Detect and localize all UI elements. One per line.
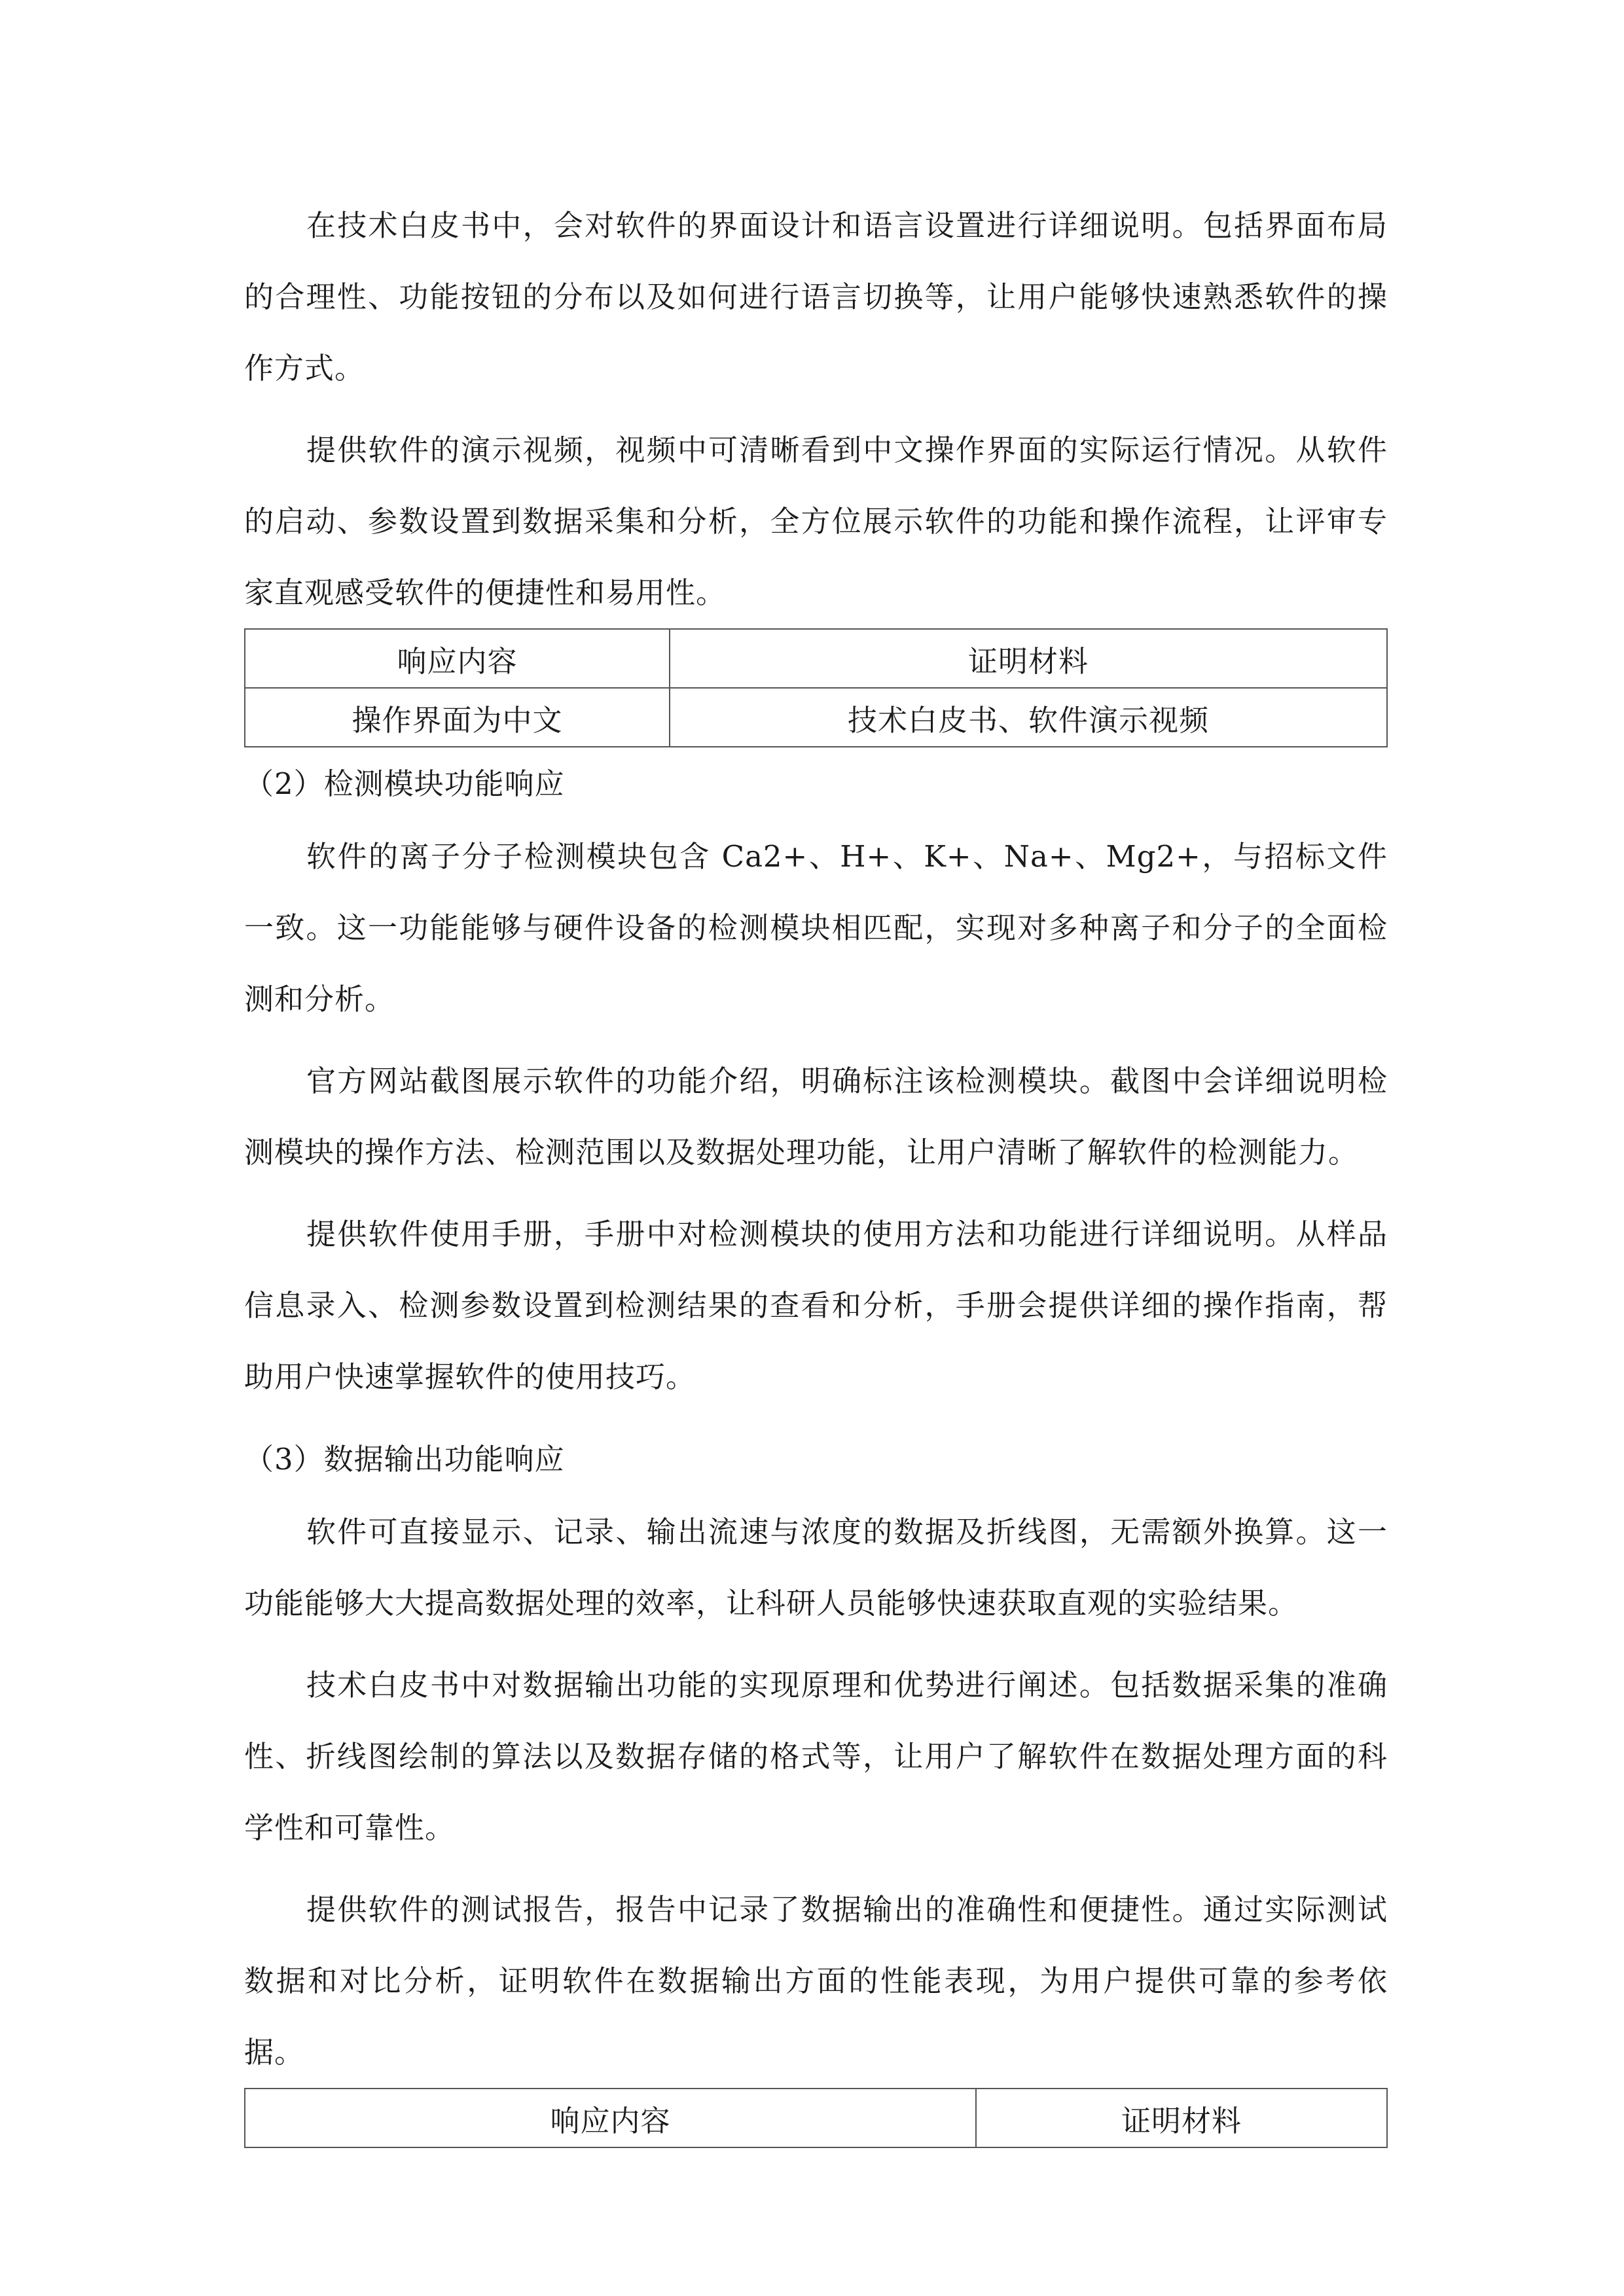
document-page: 在技术白皮书中，会对软件的界面设计和语言设置进行详细说明。包括界面布局的合理性、… (244, 190, 1388, 2148)
response-table-language: 响应内容 证明材料 操作界面为中文 技术白皮书、软件演示视频 (244, 628, 1388, 747)
table-header-response: 响应内容 (245, 2089, 976, 2147)
table-header-row: 响应内容 证明材料 (245, 2089, 1387, 2147)
table-row: 操作界面为中文 技术白皮书、软件演示视频 (245, 688, 1387, 747)
section-heading-data-output: （3）数据输出功能响应 (244, 1423, 1388, 1496)
paragraph-data-display: 软件可直接显示、记录、输出流速与浓度的数据及折线图，无需额外换算。这一功能能够大… (244, 1496, 1388, 1639)
table-header-response: 响应内容 (245, 629, 670, 688)
table-cell-response: 操作界面为中文 (245, 688, 670, 747)
paragraph-user-manual: 提供软件使用手册，手册中对检测模块的使用方法和功能进行详细说明。从样品信息录入、… (244, 1198, 1388, 1412)
response-table-data-output: 响应内容 证明材料 (244, 2088, 1388, 2148)
paragraph-demo-video: 提供软件的演示视频，视频中可清晰看到中文操作界面的实际运行情况。从软件的启动、参… (244, 414, 1388, 628)
paragraph-output-whitepaper: 技术白皮书中对数据输出功能的实现原理和优势进行阐述。包括数据采集的准确性、折线图… (244, 1649, 1388, 1863)
table-header-row: 响应内容 证明材料 (245, 629, 1387, 688)
paragraph-website-screenshot: 官方网站截图展示软件的功能介绍，明确标注该检测模块。截图中会详细说明检测模块的操… (244, 1045, 1388, 1188)
table-header-evidence: 证明材料 (976, 2089, 1387, 2147)
paragraph-ion-detection: 软件的离子分子检测模块包含 Ca2+、H+、K+、Na+、Mg2+，与招标文件一… (244, 821, 1388, 1035)
table-cell-evidence: 技术白皮书、软件演示视频 (670, 688, 1387, 747)
paragraph-ui-whitepaper: 在技术白皮书中，会对软件的界面设计和语言设置进行详细说明。包括界面布局的合理性、… (244, 190, 1388, 404)
paragraph-test-report: 提供软件的测试报告，报告中记录了数据输出的准确性和便捷性。通过实际测试数据和对比… (244, 1874, 1388, 2088)
table-header-evidence: 证明材料 (670, 629, 1387, 688)
section-heading-detection-module: （2）检测模块功能响应 (244, 747, 1388, 821)
